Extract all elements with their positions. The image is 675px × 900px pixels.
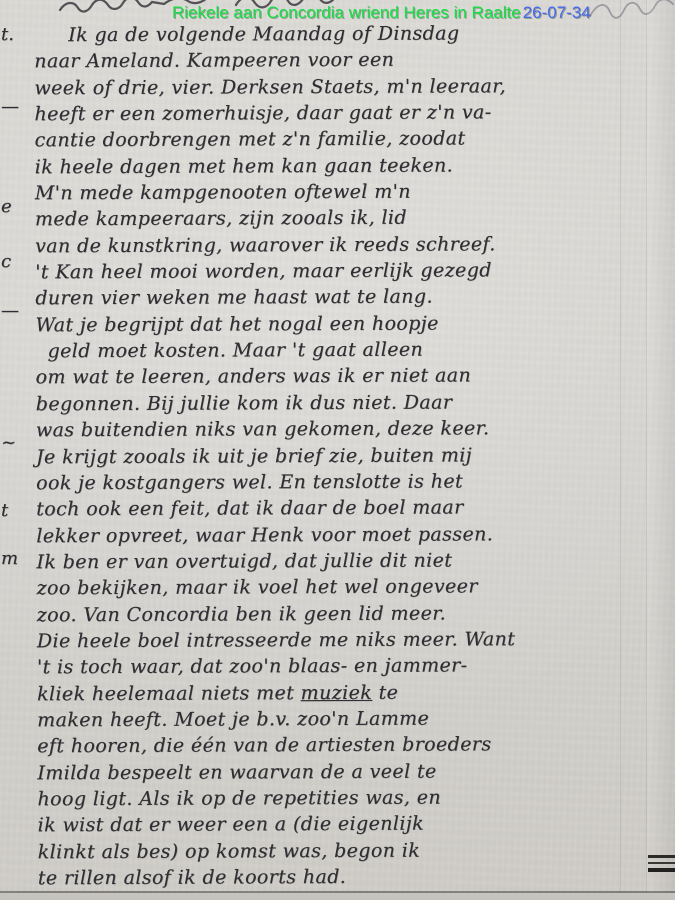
- letter-line: mede kampeeraars, zijn zooals ik, lid: [35, 204, 635, 233]
- edge-fragment: t: [1, 500, 8, 521]
- letter-body: Ik ga de volgende Maandag of Dinsdagnaar…: [34, 20, 638, 892]
- letter-line: M'n mede kampgenooten oftewel m'n: [35, 178, 635, 207]
- letter-line: zoo bekijken, maar ik voel het wel ongev…: [37, 573, 637, 602]
- letter-line: Ik ben er van overtuigd, dat jullie dit …: [36, 547, 636, 576]
- letter-line: kliek heelemaal niets met muziek te: [37, 678, 637, 707]
- letter-line: ik wist dat er weer een a (die eigenlijk: [38, 810, 638, 839]
- edge-fragment: c: [1, 251, 11, 272]
- letter-line: eft hooren, die één van de artiesten bro…: [37, 731, 637, 760]
- underlying-page-edge: [648, 853, 675, 877]
- letter-line: van de kunstkring, waarover ik reeds sch…: [35, 230, 635, 259]
- edge-fragment: ~: [1, 432, 16, 453]
- edge-fragment: m: [1, 548, 18, 569]
- letter-line: te rillen alsof ik de koorts had.: [38, 863, 638, 892]
- background-below-page: [0, 893, 675, 900]
- paper-fold-line: [620, 0, 622, 900]
- letter-line: geld moet kosten. Maar 't gaat alleen: [35, 336, 635, 365]
- letter-line: Die heele boel intresseerde me niks meer…: [37, 626, 637, 655]
- letter-line: Wat je begrijpt dat het nogal een hoopje: [35, 309, 635, 338]
- letter-line: maken heeft. Moet je b.v. zoo'n Lamme: [37, 705, 637, 734]
- letter-line: Imilda bespeelt en waarvan de a veel te: [37, 757, 637, 786]
- letter-line: ik heele dagen met hem kan gaan teeken.: [35, 151, 635, 180]
- letter-line: heeft er een zomerhuisje, daar gaat er z…: [34, 99, 634, 128]
- letter-line: was buitendien niks van gekomen, deze ke…: [36, 415, 636, 444]
- letter-line: cantie doorbrengen met z'n familie, zood…: [35, 125, 635, 154]
- letter-line: begonnen. Bij jullie kom ik dus niet. Da…: [36, 389, 636, 418]
- letter-line: om wat te leeren, anders was ik er niet …: [36, 362, 636, 391]
- letter-line: 't is toch waar, dat zoo'n blaas- en jam…: [37, 652, 637, 681]
- letter-line: toch ook een feit, dat ik daar de boel m…: [36, 494, 636, 523]
- letter-line: zoo. Van Concordia ben ik geen lid meer.: [37, 599, 637, 628]
- underlined-word: muziek: [301, 681, 373, 703]
- paper-edge-line: [646, 0, 647, 900]
- edge-fragment: —: [1, 96, 19, 117]
- edge-fragment: —: [1, 300, 19, 321]
- letter-line: hoog ligt. Als ik op de repetities was, …: [37, 784, 637, 813]
- paper-right-margin: [647, 0, 675, 900]
- caption-text: Riekele aan Concordia wriend Heres in Ra…: [172, 3, 521, 22]
- letter-line: klinkt als bes) op komst was, begon ik: [38, 836, 638, 865]
- letter-line: duren vier weken me haast wat te lang.: [35, 283, 635, 312]
- letter-line: Je krijgt zooals ik uit je brief zie, bu…: [36, 441, 636, 470]
- letter-line: ook je kostgangers wel. En tenslotte is …: [36, 468, 636, 497]
- edge-fragment: e: [1, 196, 12, 217]
- letter-photo: Riekele aan Concordia wriend Heres in Ra…: [0, 0, 675, 900]
- photo-caption: Riekele aan Concordia wriend Heres in Ra…: [172, 3, 591, 22]
- letter-line: lekker opvreet, waar Henk voor moet pass…: [36, 520, 636, 549]
- letter-line: 't Kan heel mooi worden, maar eerlijk ge…: [35, 257, 635, 286]
- edge-fragment: t.: [1, 24, 14, 45]
- letter-line: Ik ga de volgende Maandag of Dinsdag: [34, 20, 634, 49]
- letter-line: naar Ameland. Kampeeren voor een: [34, 46, 634, 75]
- letter-line: week of drie, vier. Derksen Staets, m'n …: [34, 72, 634, 101]
